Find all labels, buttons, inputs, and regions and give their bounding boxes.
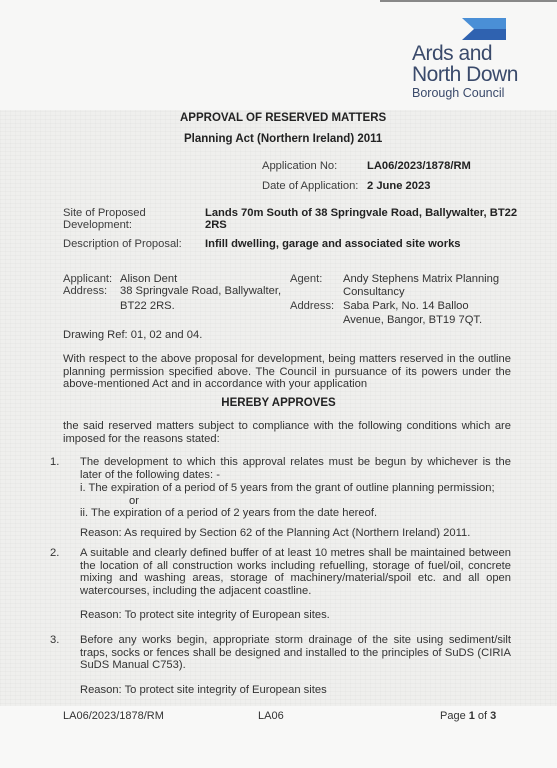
site-label-line2: Development: xyxy=(63,219,132,231)
condition-3: 3. Before any works begin, appropriate s… xyxy=(80,634,511,672)
site-label-line1: Site of Proposed xyxy=(63,207,146,219)
description-label: Description of Proposal: xyxy=(63,238,182,250)
footer-reference: LA06/2023/1878/RM xyxy=(63,710,164,722)
page-number: Page 1 of 3 xyxy=(440,710,496,722)
condition-2-reason: Reason: To protect site integrity of Eur… xyxy=(80,609,330,621)
condition-text: A suitable and clearly defined buffer of… xyxy=(80,547,511,597)
condition-1-reason: Reason: As required by Section 62 of the… xyxy=(80,527,470,539)
application-date: 2 June 2023 xyxy=(367,180,430,192)
agent-address-line1: Saba Park, No. 14 Balloo xyxy=(343,300,469,312)
logo-text-line2: North Down xyxy=(412,63,518,87)
applicant-address-line1: 38 Springvale Road, Ballywalter, xyxy=(120,285,281,297)
scan-edge xyxy=(380,0,557,2)
council-flag-icon xyxy=(462,18,506,40)
logo-text-line3: Borough Council xyxy=(412,86,504,100)
document-subtitle: Planning Act (Northern Ireland) 2011 xyxy=(184,133,382,145)
description-value: Infill dwelling, garage and associated s… xyxy=(205,238,461,250)
application-number-label: Application No: xyxy=(262,160,337,172)
page-of: of xyxy=(475,710,490,722)
condition-1-sub-i: i. The expiration of a period of 5 years… xyxy=(80,482,495,494)
condition-1-sub-ii: ii. The expiration of a period of 2 year… xyxy=(80,507,377,519)
document-title: APPROVAL OF RESERVED MATTERS xyxy=(180,112,386,124)
applicant-name: Alison Dent xyxy=(120,273,177,285)
condition-number: 3. xyxy=(50,634,59,647)
site-value-line2: 2RS xyxy=(205,219,227,231)
condition-text: Before any works begin, appropriate stor… xyxy=(80,634,511,672)
agent-address-line2: Avenue, Bangor, BT19 7QT. xyxy=(343,314,482,326)
footer-council-code: LA06 xyxy=(258,710,284,722)
agent-label: Agent: xyxy=(290,273,322,285)
intro-paragraph: With respect to the above proposal for d… xyxy=(63,353,511,391)
agent-name-line2: Consultancy xyxy=(343,286,405,298)
applicant-address-label: Address: xyxy=(63,285,107,297)
page-prefix: Page xyxy=(440,710,469,722)
condition-number: 2. xyxy=(50,547,59,560)
applicant-address-line2: BT22 2RS. xyxy=(120,300,175,312)
condition-1: 1. The development to which this approva… xyxy=(80,456,511,481)
conditions-intro: the said reserved matters subject to com… xyxy=(63,420,511,445)
site-value-line1: Lands 70m South of 38 Springvale Road, B… xyxy=(205,207,517,219)
document-page: Ards and North Down Borough Council APPR… xyxy=(0,0,557,768)
agent-address-label: Address: xyxy=(290,300,334,312)
condition-text: The development to which this approval r… xyxy=(80,456,511,481)
page-total: 3 xyxy=(490,710,496,722)
application-date-label: Date of Application: xyxy=(262,180,358,192)
applicant-label: Applicant: xyxy=(63,273,112,285)
condition-2: 2. A suitable and clearly defined buffer… xyxy=(80,547,511,597)
approves-heading: HEREBY APPROVES xyxy=(0,397,557,409)
condition-number: 1. xyxy=(50,456,59,469)
condition-3-reason: Reason: To protect site integrity of Eur… xyxy=(80,684,327,696)
application-number: LA06/2023/1878/RM xyxy=(367,160,471,172)
condition-1-or: or xyxy=(129,495,139,507)
agent-name-line1: Andy Stephens Matrix Planning xyxy=(343,273,499,285)
drawing-reference: Drawing Ref: 01, 02 and 04. xyxy=(63,329,202,341)
